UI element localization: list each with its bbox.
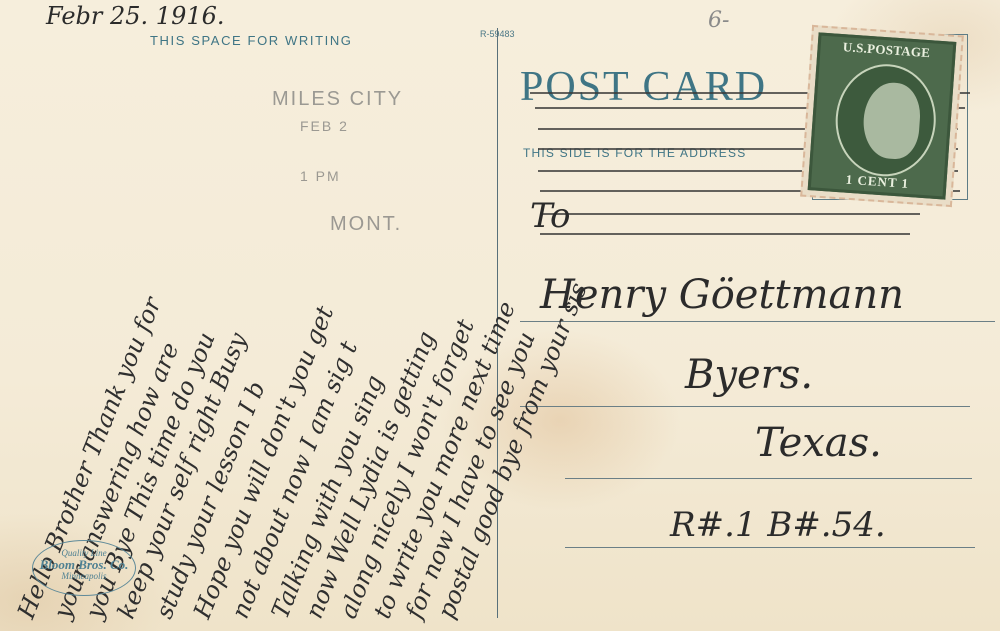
message-space-header: THIS SPACE FOR WRITING: [150, 33, 353, 48]
postcard-title: POST CARD: [520, 66, 767, 108]
washington-portrait-icon: [861, 81, 922, 161]
stamp-portrait-oval: [832, 61, 940, 180]
postmark-city: MILES CITY: [272, 88, 403, 111]
recipient-town: Byers.: [685, 352, 813, 398]
message-date: Febr 25. 1916.: [46, 2, 225, 30]
recipient-route-box: R#.1 B#.54.: [670, 505, 886, 545]
postmark-date: FEB 2: [300, 118, 349, 134]
recipient-state: Texas.: [755, 420, 882, 466]
postage-stamp: U.S.POSTAGE 1 CENT 1: [800, 25, 964, 207]
publisher-line-2: Bloom Bros. Co.: [33, 558, 135, 571]
stamp-face: U.S.POSTAGE 1 CENT 1: [808, 32, 957, 199]
stamp-top-text: U.S.POSTAGE: [820, 38, 953, 63]
address-salutation: To: [530, 196, 571, 236]
pencil-note: 6-: [708, 8, 729, 33]
postmark-time: 1 PM: [300, 168, 341, 184]
stamp-denomination: 1 CENT 1: [811, 169, 944, 194]
postmark-state: MONT.: [330, 213, 402, 236]
recipient-name: Henry Göettmann: [540, 272, 904, 318]
publisher-line-3: Minneapolis: [33, 571, 135, 581]
publisher-logo: Quality Line Bloom Bros. Co. Minneapolis: [32, 540, 136, 596]
postcard: THIS SPACE FOR WRITING R-59483 POST CARD…: [0, 0, 1000, 631]
